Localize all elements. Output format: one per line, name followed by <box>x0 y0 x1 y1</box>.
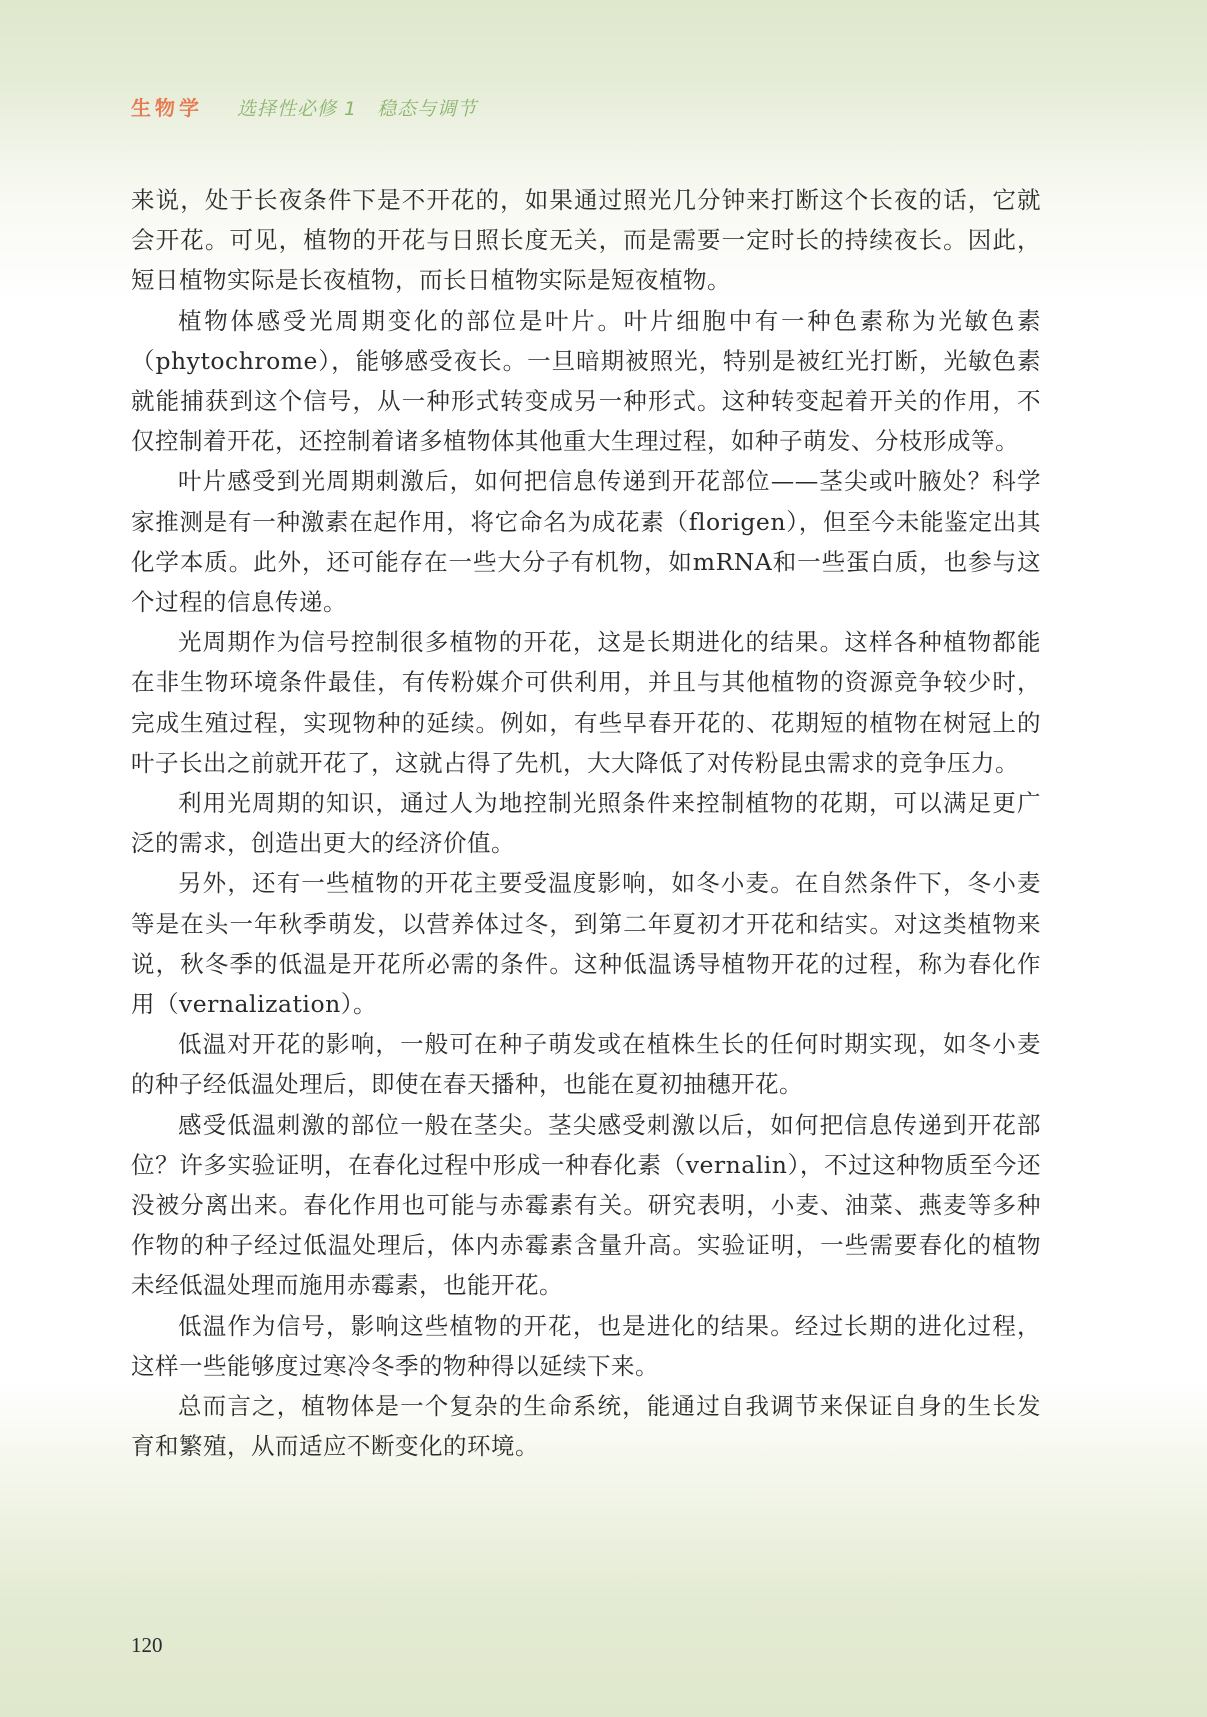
page-number: 120 <box>131 1633 163 1658</box>
book-title: 选择性必修 1 稳态与调节 <box>237 94 477 121</box>
paragraph: 利用光周期的知识，通过人为地控制光照条件来控制植物的花期，可以满足更广泛的需求，… <box>131 783 1041 863</box>
paragraph: 来说，处于长夜条件下是不开花的，如果通过照光几分钟来打断这个长夜的话，它就会开花… <box>131 180 1041 301</box>
paragraph: 植物体感受光周期变化的部位是叶片。叶片细胞中有一种色素称为光敏色素（phytoc… <box>131 301 1041 462</box>
paragraph: 感受低温刺激的部位一般在茎尖。茎尖感受刺激以后，如何把信息传递到开花部位？许多实… <box>131 1105 1041 1306</box>
subject-label: 生物学 <box>131 92 203 121</box>
running-header: 生物学 选择性必修 1 稳态与调节 <box>131 92 477 122</box>
paragraph: 叶片感受到光周期刺激后，如何把信息传递到开花部位——茎尖或叶腋处？科学家推测是有… <box>131 461 1041 622</box>
paragraph: 低温作为信号，影响这些植物的开花，也是进化的结果。经过长期的进化过程，这样一些能… <box>131 1306 1041 1386</box>
paragraph: 光周期作为信号控制很多植物的开花，这是长期进化的结果。这样各种植物都能在非生物环… <box>131 622 1041 783</box>
paragraph: 总而言之，植物体是一个复杂的生命系统，能通过自我调节来保证自身的生长发育和繁殖，… <box>131 1386 1041 1466</box>
body-text: 来说，处于长夜条件下是不开花的，如果通过照光几分钟来打断这个长夜的话，它就会开花… <box>131 180 1041 1467</box>
paragraph: 低温对开花的影响，一般可在种子萌发或在植株生长的任何时期实现，如冬小麦的种子经低… <box>131 1024 1041 1104</box>
paragraph: 另外，还有一些植物的开花主要受温度影响，如冬小麦。在自然条件下，冬小麦等是在头一… <box>131 863 1041 1024</box>
